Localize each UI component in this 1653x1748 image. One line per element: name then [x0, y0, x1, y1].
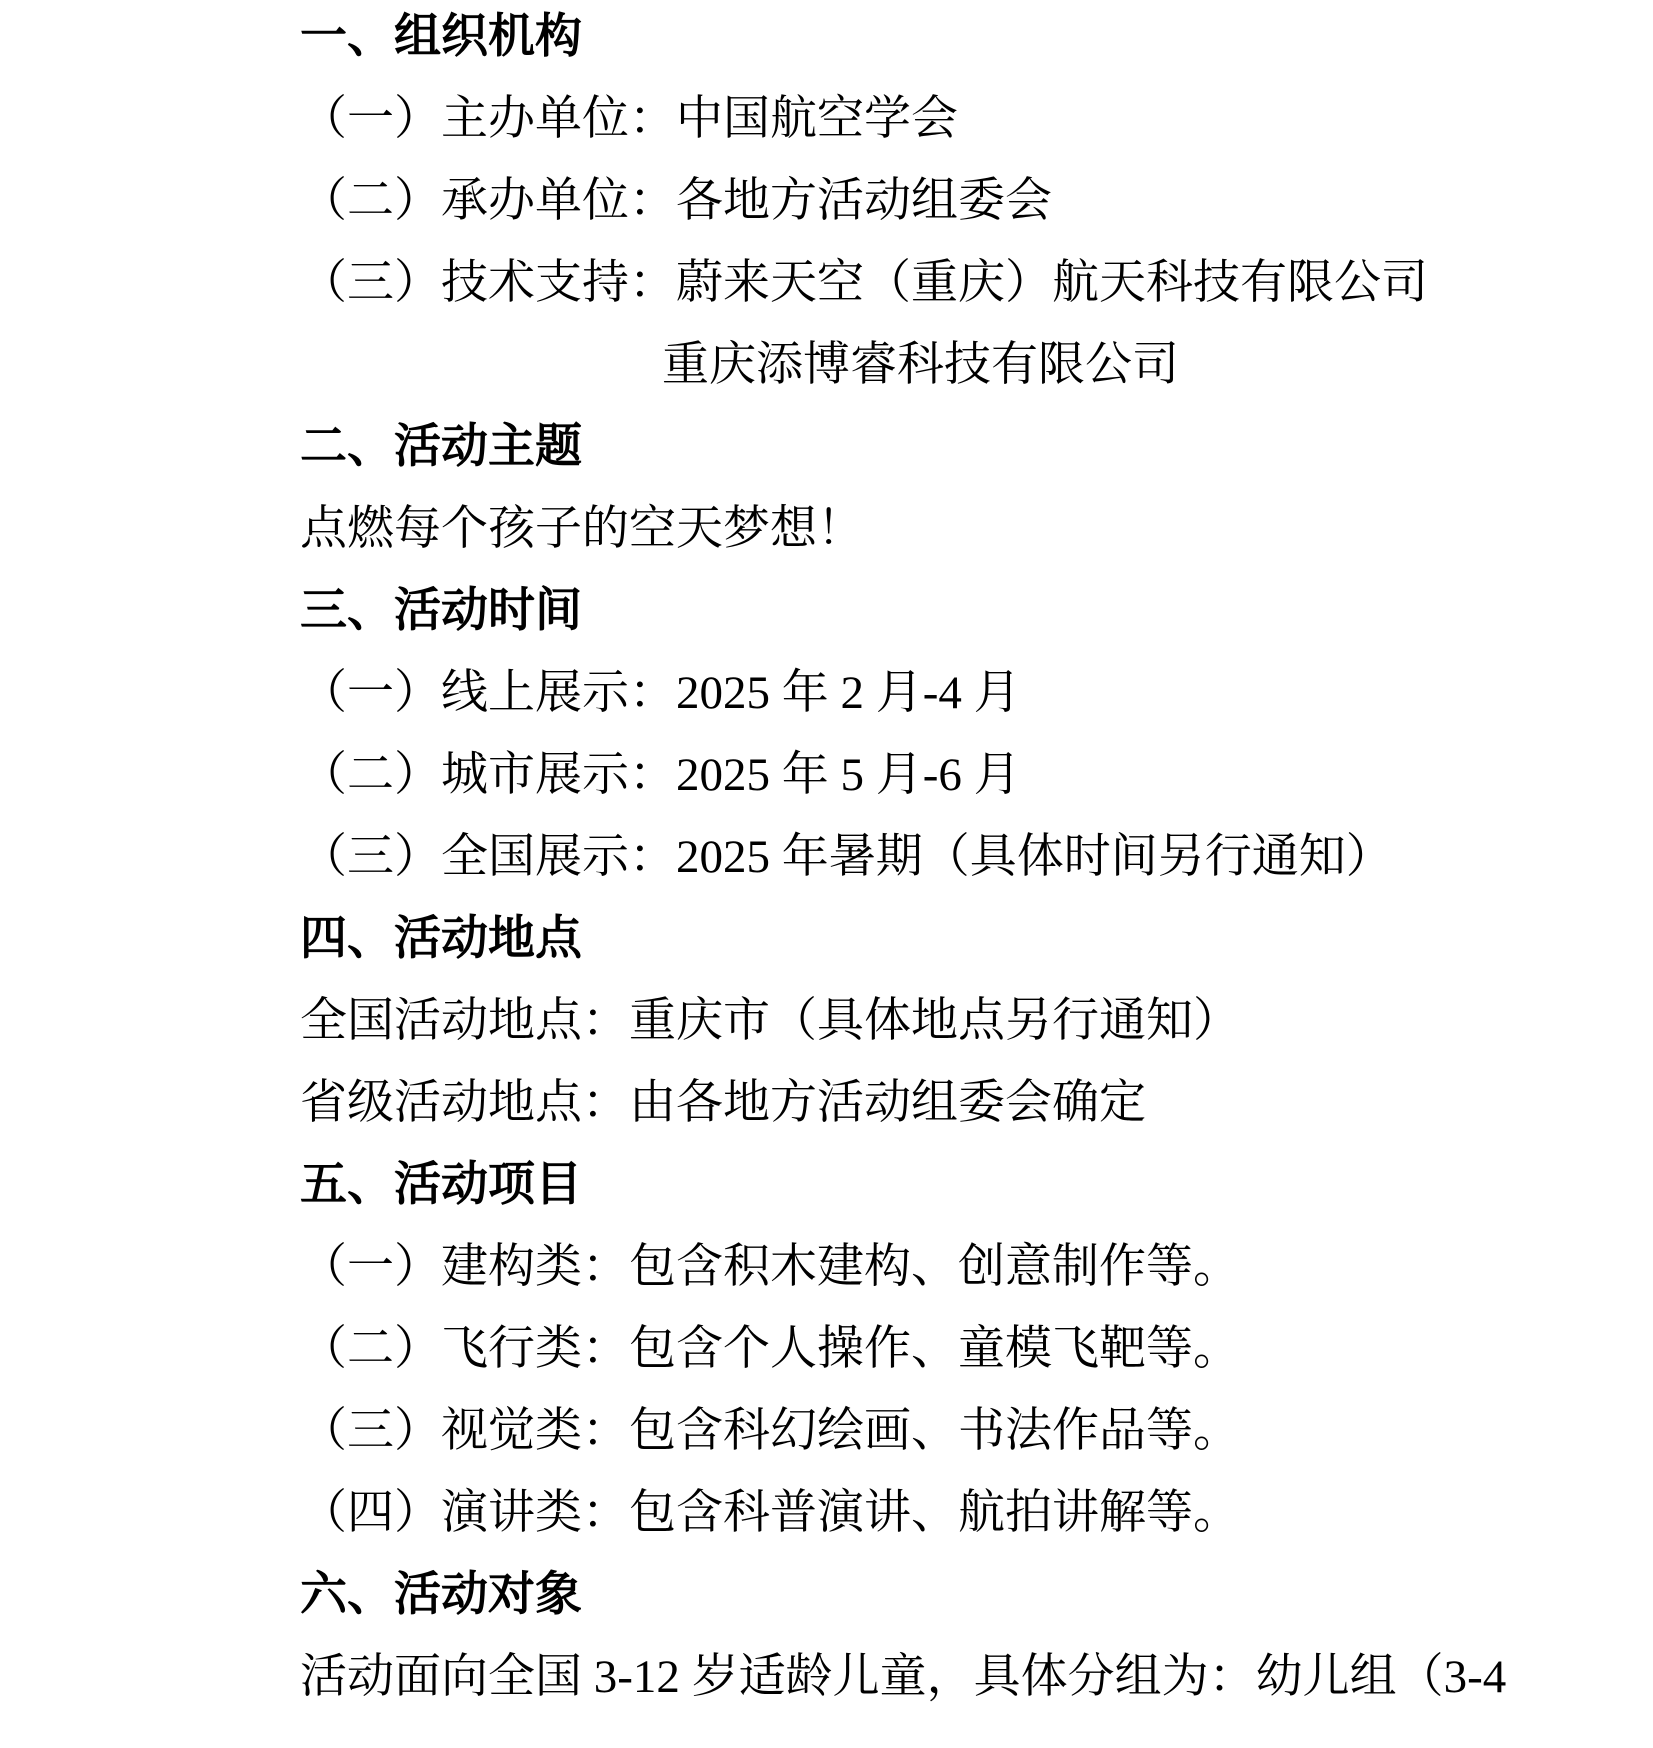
section-heading: 五、活动项目 — [300, 1144, 1506, 1226]
paragraph-line: （二）承办单位：各地方活动组委会 — [300, 160, 1506, 242]
paragraph-line: （二）城市展示：2025 年 5 月-6 月 — [300, 734, 1506, 816]
document-page: 一、组织机构（一）主办单位：中国航空学会（二）承办单位：各地方活动组委会（三）技… — [0, 0, 1653, 1748]
paragraph-line: 点燃每个孩子的空天梦想！ — [300, 488, 1506, 570]
paragraph-line: 省级活动地点：由各地方活动组委会确定 — [300, 1062, 1506, 1144]
section-heading: 四、活动地点 — [300, 898, 1506, 980]
section-heading: 六、活动对象 — [300, 1554, 1506, 1636]
paragraph-line: （三）视觉类：包含科幻绘画、书法作品等。 — [300, 1390, 1506, 1472]
paragraph-line: （二）飞行类：包含个人操作、童模飞靶等。 — [300, 1308, 1506, 1390]
paragraph-line: （三）技术支持：蔚来天空（重庆）航天科技有限公司 — [300, 242, 1506, 324]
paragraph-line: （一）主办单位：中国航空学会 — [300, 78, 1506, 160]
paragraph-line: 活动面向全国 3-12 岁适龄儿童，具体分组为：幼儿组（3-4 — [300, 1636, 1506, 1718]
paragraph-line: （三）全国展示：2025 年暑期（具体时间另行通知） — [300, 816, 1506, 898]
section-heading: 一、组织机构 — [300, 0, 1506, 78]
paragraph-line: （一）线上展示：2025 年 2 月-4 月 — [300, 652, 1506, 734]
paragraph-line: （一）建构类：包含积木建构、创意制作等。 — [300, 1226, 1506, 1308]
section-heading: 二、活动主题 — [300, 406, 1506, 488]
document-content: 一、组织机构（一）主办单位：中国航空学会（二）承办单位：各地方活动组委会（三）技… — [0, 0, 1506, 1718]
paragraph-line: （四）演讲类：包含科普演讲、航拍讲解等。 — [300, 1472, 1506, 1554]
section-heading: 三、活动时间 — [300, 570, 1506, 652]
paragraph-line: 重庆添博睿科技有限公司 — [300, 324, 1506, 406]
paragraph-line: 全国活动地点：重庆市（具体地点另行通知） — [300, 980, 1506, 1062]
